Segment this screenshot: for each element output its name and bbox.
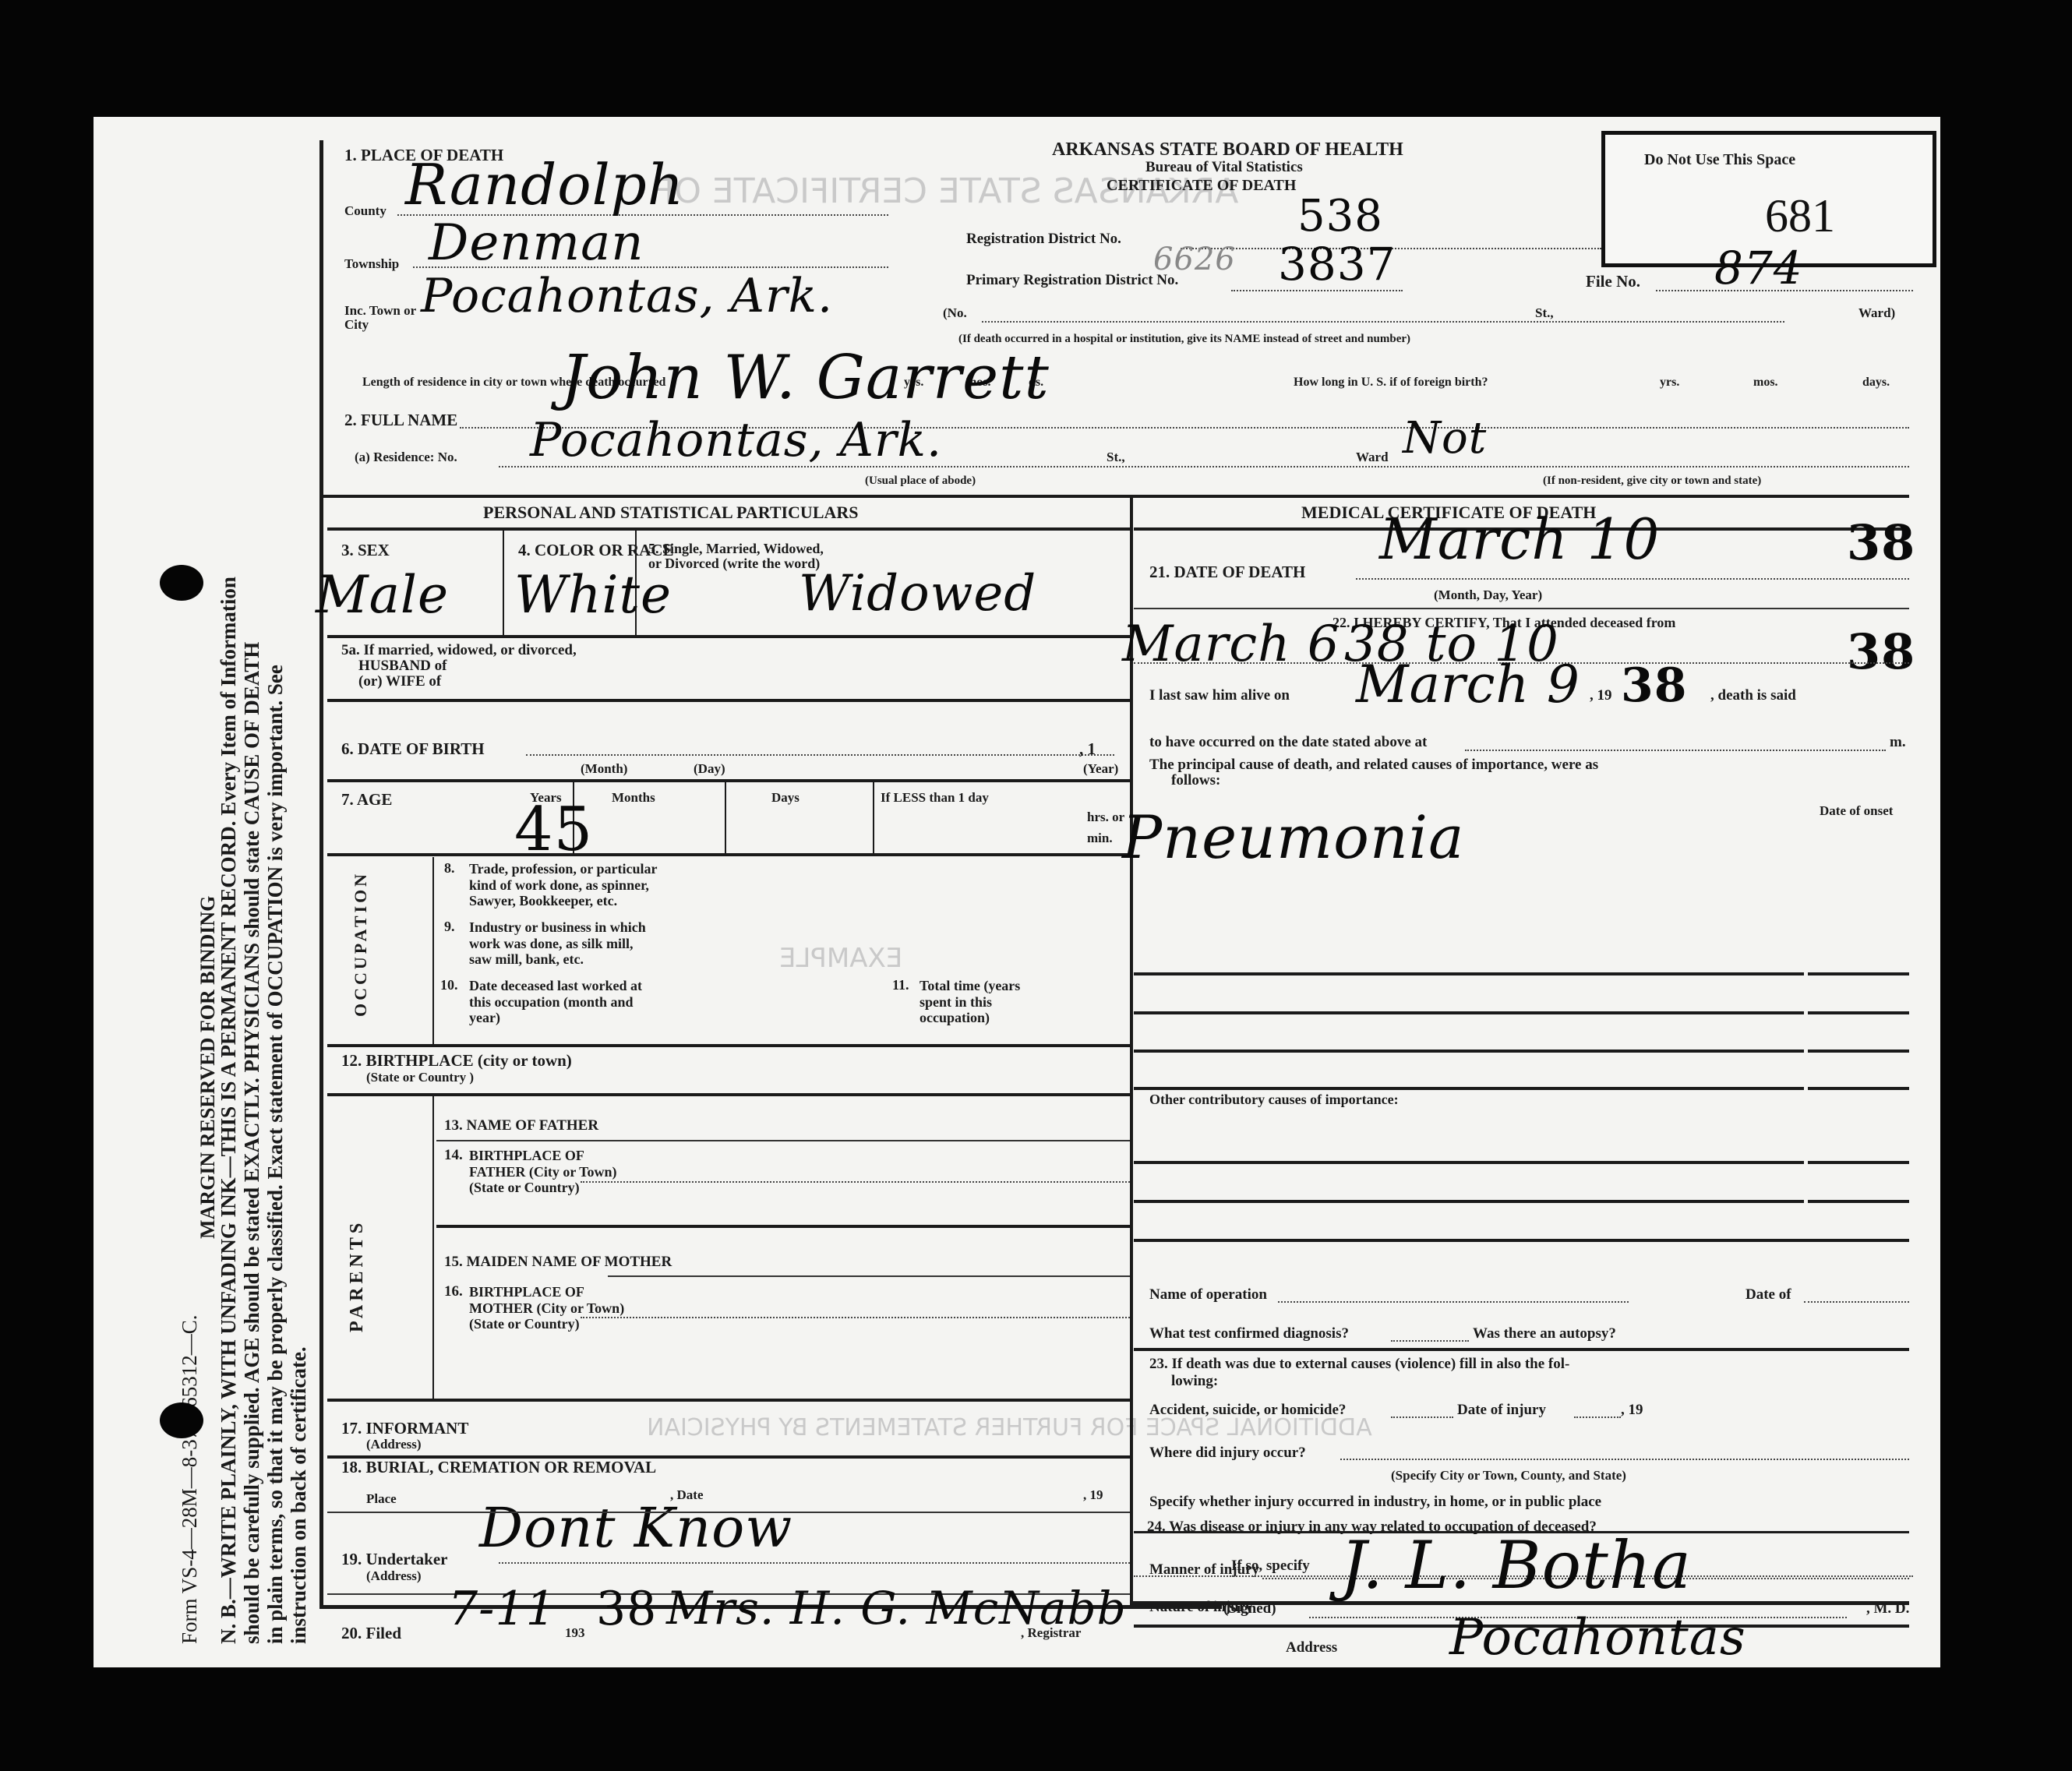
township-value[interactable]: Denman — [429, 214, 644, 272]
parents-side-label: PARENTS — [347, 1219, 368, 1332]
informant-label: 17. INFORMANT — [341, 1420, 468, 1437]
occupation-item10-number: 10. — [440, 978, 458, 993]
margin-line1: N. B.—WRITE PLAINLY, WITH UNFADING INK—T… — [217, 577, 241, 1644]
margin-line4: instruction on back of certificate. — [287, 1346, 311, 1644]
cause-value[interactable]: Pneumonia — [1122, 803, 1464, 872]
registration-district-label: Registration District No. — [966, 231, 1121, 247]
occupation-item11-label: Total time (years spent in this occupati… — [920, 978, 1020, 1026]
birthplace-sub: (State or Country ) — [366, 1071, 474, 1085]
operation-label: Name of operation — [1149, 1287, 1267, 1303]
informant-address-label: (Address) — [366, 1438, 422, 1452]
us-days: days. — [1862, 376, 1890, 390]
autopsy-label: Was there an autopsy? — [1473, 1326, 1616, 1342]
residence-label: (a) Residence: No. — [355, 450, 457, 464]
form-left-border — [319, 140, 323, 1605]
us-mos: mos. — [1753, 376, 1778, 390]
certificate-title: CERTIFICATE OF DEATH — [1107, 178, 1296, 194]
where-injury-note: (Specify City or Town, County, and State… — [1391, 1469, 1626, 1483]
full-name-label: 2. FULL NAME — [344, 411, 457, 429]
injury-year-label: , 19 — [1621, 1402, 1643, 1418]
injury-date-label: Date of injury — [1457, 1402, 1546, 1418]
ward-label: Ward) — [1858, 306, 1895, 320]
mother-bp-number: 16. — [444, 1284, 463, 1300]
specify-injury-label: Specify whether injury occurred in indus… — [1149, 1494, 1601, 1510]
town-label: Inc. Town or City — [344, 304, 416, 332]
occurred-label: to have occurred on the date stated abov… — [1149, 735, 1427, 750]
full-name-value[interactable]: John W. Garrett — [561, 343, 1050, 413]
personal-heading: PERSONAL AND STATISTICAL PARTICULARS — [483, 503, 859, 521]
office-use-label: Do Not Use This Space — [1644, 152, 1795, 168]
dod-year-value[interactable]: 38 — [1847, 514, 1915, 571]
dob-month-note: (Month) — [581, 762, 627, 776]
binding-hole — [160, 565, 203, 601]
county-value[interactable]: Randolph — [405, 152, 684, 217]
primary-registration-value[interactable]: 3837 — [1278, 238, 1396, 291]
occupation-side-label: OCCUPATION — [351, 871, 371, 1017]
dob-year-note: (Year) — [1083, 762, 1118, 776]
township-label: Township — [344, 257, 399, 271]
birthplace-label: 12. BIRTHPLACE (city or town) — [341, 1052, 572, 1069]
last-saw-year-value[interactable]: 38 — [1621, 658, 1688, 713]
burial-label: 18. BURIAL, CREMATION OR REMOVAL — [341, 1459, 656, 1476]
marital-label: 5. Single, Married, Widowed, or Divorced… — [648, 542, 824, 571]
town-value[interactable]: Pocahontas, Ark. — [421, 269, 833, 323]
dob-day-note: (Day) — [694, 762, 725, 776]
margin-instructions-line1: Form VS-4—28M—8-37—65312—C. — [178, 1304, 202, 1644]
filed-label: 20. Filed — [341, 1625, 401, 1642]
dob-year-prefix: , 1 — [1079, 740, 1096, 757]
age-label: 7. AGE — [341, 791, 392, 808]
m-label: m. — [1890, 735, 1906, 750]
hrs-label: hrs. or — [1087, 810, 1124, 824]
occupation-item9-number: 9. — [444, 919, 455, 934]
attended-from-value[interactable]: March 6 — [1122, 616, 1340, 673]
sex-value[interactable]: Male — [316, 565, 449, 625]
nature-label: Nature of injury — [1149, 1600, 1253, 1615]
filed-year-value[interactable]: 38 — [596, 1582, 657, 1636]
race-value[interactable]: White — [514, 565, 672, 625]
nonresident-note: (If non-resident, give city or town and … — [1543, 475, 1761, 488]
burial-year-label: , 19 — [1083, 1488, 1103, 1502]
dod-value[interactable]: March 10 — [1379, 506, 1660, 572]
occupation-item8-number: 8. — [444, 861, 455, 876]
burial-place-label: Place — [366, 1492, 397, 1506]
us-yrs: yrs. — [1660, 376, 1679, 390]
where-injury-label: Where did injury occur? — [1149, 1445, 1306, 1461]
binding-hole — [160, 1402, 203, 1438]
marital-value[interactable]: Widowed — [799, 565, 1036, 623]
bureau-title: Bureau of Vital Statistics — [1145, 160, 1303, 175]
margin-line3: in plain terms, so that it may be proper… — [263, 665, 288, 1644]
last-saw-value[interactable]: March 9 — [1356, 654, 1580, 714]
manner-label: Manner of injury — [1149, 1562, 1259, 1578]
occupation-item8-label: Trade, profession, or particular kind of… — [469, 861, 658, 909]
age-days-label: Days — [771, 791, 800, 805]
sex-label: 3. SEX — [341, 542, 390, 559]
stamp-number: 681 — [1765, 189, 1835, 243]
occupation-item9-label: Industry or business in which work was d… — [469, 919, 646, 968]
bleedthrough-example: EXAMPLE — [779, 943, 902, 974]
margin-form-code: Form VS-4—28M—8-37—65312—C. — [178, 1314, 201, 1644]
accident-label: Accident, suicide, or homicide? — [1149, 1402, 1346, 1418]
bleedthrough-additional: ADDITIONAL SPACE FOR FURTHER STATEMENTS … — [647, 1414, 1372, 1441]
filed-date-value[interactable]: 7-11 — [448, 1582, 556, 1636]
filed-year-prefix: 193 — [565, 1626, 585, 1640]
mother-name-label: 15. MAIDEN NAME OF MOTHER — [444, 1254, 672, 1270]
spouse-label: 5a. If married, widowed, or divorced, HU… — [341, 643, 577, 690]
last-saw-label: I last saw him alive on — [1149, 688, 1290, 704]
cause-intro-label: The principal cause of death, and relate… — [1149, 757, 1598, 788]
registration-district-value[interactable]: 538 — [1297, 191, 1383, 242]
board-title: ARKANSAS STATE BOARD OF HEALTH — [1052, 140, 1403, 160]
residence-ward-label: Ward — [1356, 450, 1389, 464]
primary-registration-label: Primary Registration District No. — [966, 273, 1178, 288]
death-said-label: , death is said — [1710, 688, 1796, 704]
undertaker-label: 19. Undertaker — [341, 1551, 447, 1568]
operation-date-label: Date of — [1745, 1287, 1791, 1303]
mother-birthplace-label: BIRTHPLACE OF MOTHER (City or Town) (Sta… — [469, 1284, 624, 1332]
registrar-label: , Registrar — [1021, 1626, 1081, 1640]
external-label: 23. If death was due to external causes … — [1149, 1356, 1569, 1390]
county-label: County — [344, 204, 387, 218]
primary-registration-faint-value: 6626 — [1153, 242, 1236, 277]
death-certificate: Form VS-4—28M—8-37—65312—C. MARGIN RESER… — [94, 117, 1940, 1667]
street-label: St., — [1535, 306, 1554, 320]
dod-label: 21. DATE OF DEATH — [1149, 563, 1305, 580]
file-no-value[interactable]: 874 — [1714, 242, 1803, 295]
occupation-item11-number: 11. — [892, 978, 909, 993]
occupation-item10-label: Date deceased last worked at this occupa… — [469, 978, 642, 1026]
us-length-label: How long in U. S. if of foreign birth? — [1294, 376, 1488, 390]
test-label: What test confirmed diagnosis? — [1149, 1326, 1349, 1342]
age-less-label: If LESS than 1 day — [881, 791, 989, 805]
last-saw-year-prefix: , 19 — [1590, 688, 1612, 704]
residence-value[interactable]: Pocahontas, Ark. — [530, 413, 942, 467]
father-birthplace-label: BIRTHPLACE OF FATHER (City or Town) (Sta… — [469, 1148, 617, 1196]
residence-st-label: St., — [1107, 450, 1125, 464]
undertaker-address-label: (Address) — [366, 1569, 422, 1583]
age-months-label: Months — [612, 791, 655, 805]
dob-label: 6. DATE OF BIRTH — [341, 740, 485, 757]
other-causes-label: Other contributory causes of importance: — [1149, 1092, 1399, 1107]
street-no-label: (No. — [943, 306, 967, 320]
margin-line2: should be carefully supplied. AGE should… — [240, 642, 264, 1644]
file-no-label: File No. — [1586, 273, 1640, 290]
residence-ward-value[interactable]: Not — [1403, 413, 1487, 464]
father-name-label: 13. NAME OF FATHER — [444, 1118, 598, 1134]
onset-label: Date of onset — [1820, 804, 1893, 818]
burial-place-value[interactable]: Dont Know — [479, 1496, 792, 1560]
dod-note: (Month, Day, Year) — [1434, 588, 1542, 602]
attended-year-value[interactable]: 38 — [1847, 623, 1915, 680]
min-label: min. — [1087, 831, 1113, 845]
father-bp-number: 14. — [444, 1148, 463, 1163]
usual-abode-note: (Usual place of abode) — [865, 475, 976, 488]
